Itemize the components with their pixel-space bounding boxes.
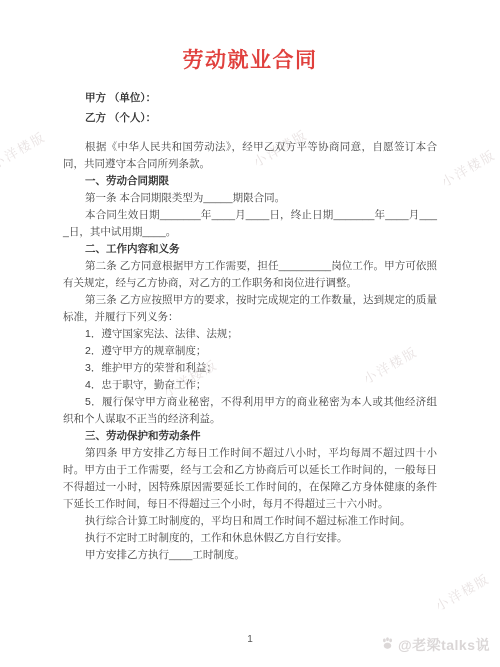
contract-clause: 甲方安排乙方执行____工时制度。 <box>63 547 437 564</box>
page-number: 1 <box>0 634 500 645</box>
obligation-item-2: 2．遵守甲方的规章制度； <box>63 343 437 360</box>
contract-clause: 执行不定时工时制度的，工作和休息休假乙方自行安排。 <box>63 530 437 547</box>
contract-body: 根据《中华人民共和国劳动法》，经甲乙双方平等协商同意，自愿签订本合同，共同遵守本… <box>63 139 437 564</box>
party-a-line: 甲方 （单位）： <box>63 88 437 108</box>
section-heading-1: 一、劳动合同期限 <box>63 173 437 190</box>
diagonal-watermark: 小洋楼版 <box>0 126 49 172</box>
obligation-item-3: 3．维护甲方的荣誉和利益； <box>63 360 437 377</box>
contract-clause: 第二条 乙方同意根据甲方工作需要，担任_________岗位工作。甲方可依照有关… <box>63 258 437 292</box>
obligation-item-1: 1．遵守国家宪法、法律、法规； <box>63 326 437 343</box>
contract-page: 小洋楼版 小洋楼版 小洋楼版 小洋楼版 小洋楼版 小洋楼版 劳动就业合同 甲方 … <box>0 0 500 667</box>
obligation-item-5: 5．履行保守甲方商业秘密，不得利用甲方的商业秘密为本人或其他经济组织和个人谋取不… <box>63 394 437 428</box>
contract-clause: 第三条 乙方应按照甲方的要求，按时完成规定的工作数量，达到规定的质量标准，并履行… <box>63 292 437 326</box>
diagonal-watermark: 小洋楼版 <box>437 144 498 190</box>
contract-clause: 第四条 甲方安排乙方每日工作时间不超过八小时，平均每周不超过四十小时。甲方由于工… <box>63 445 437 513</box>
contract-preamble: 根据《中华人民共和国劳动法》，经甲乙双方平等协商同意，自愿签订本合同，共同遵守本… <box>63 139 437 173</box>
section-heading-3: 三、劳动保护和劳动条件 <box>63 428 437 445</box>
section-heading-2: 二、工作内容和义务 <box>63 241 437 258</box>
obligation-item-4: 4．忠于职守，勤奋工作； <box>63 377 437 394</box>
party-b-line: 乙方 （个人）： <box>63 108 437 128</box>
diagonal-watermark: 小洋楼版 <box>431 568 492 614</box>
contract-title: 劳动就业合同 <box>63 48 437 74</box>
contract-clause: 本合同生效日期_______年____月____日，终止日期_______年__… <box>63 207 437 241</box>
contract-clause: 执行综合计算工时制度的，平均日和周工作时间不超过标准工作时间。 <box>63 513 437 530</box>
contract-clause: 第一条 本合同期限类型为_____期限合同。 <box>63 190 437 207</box>
